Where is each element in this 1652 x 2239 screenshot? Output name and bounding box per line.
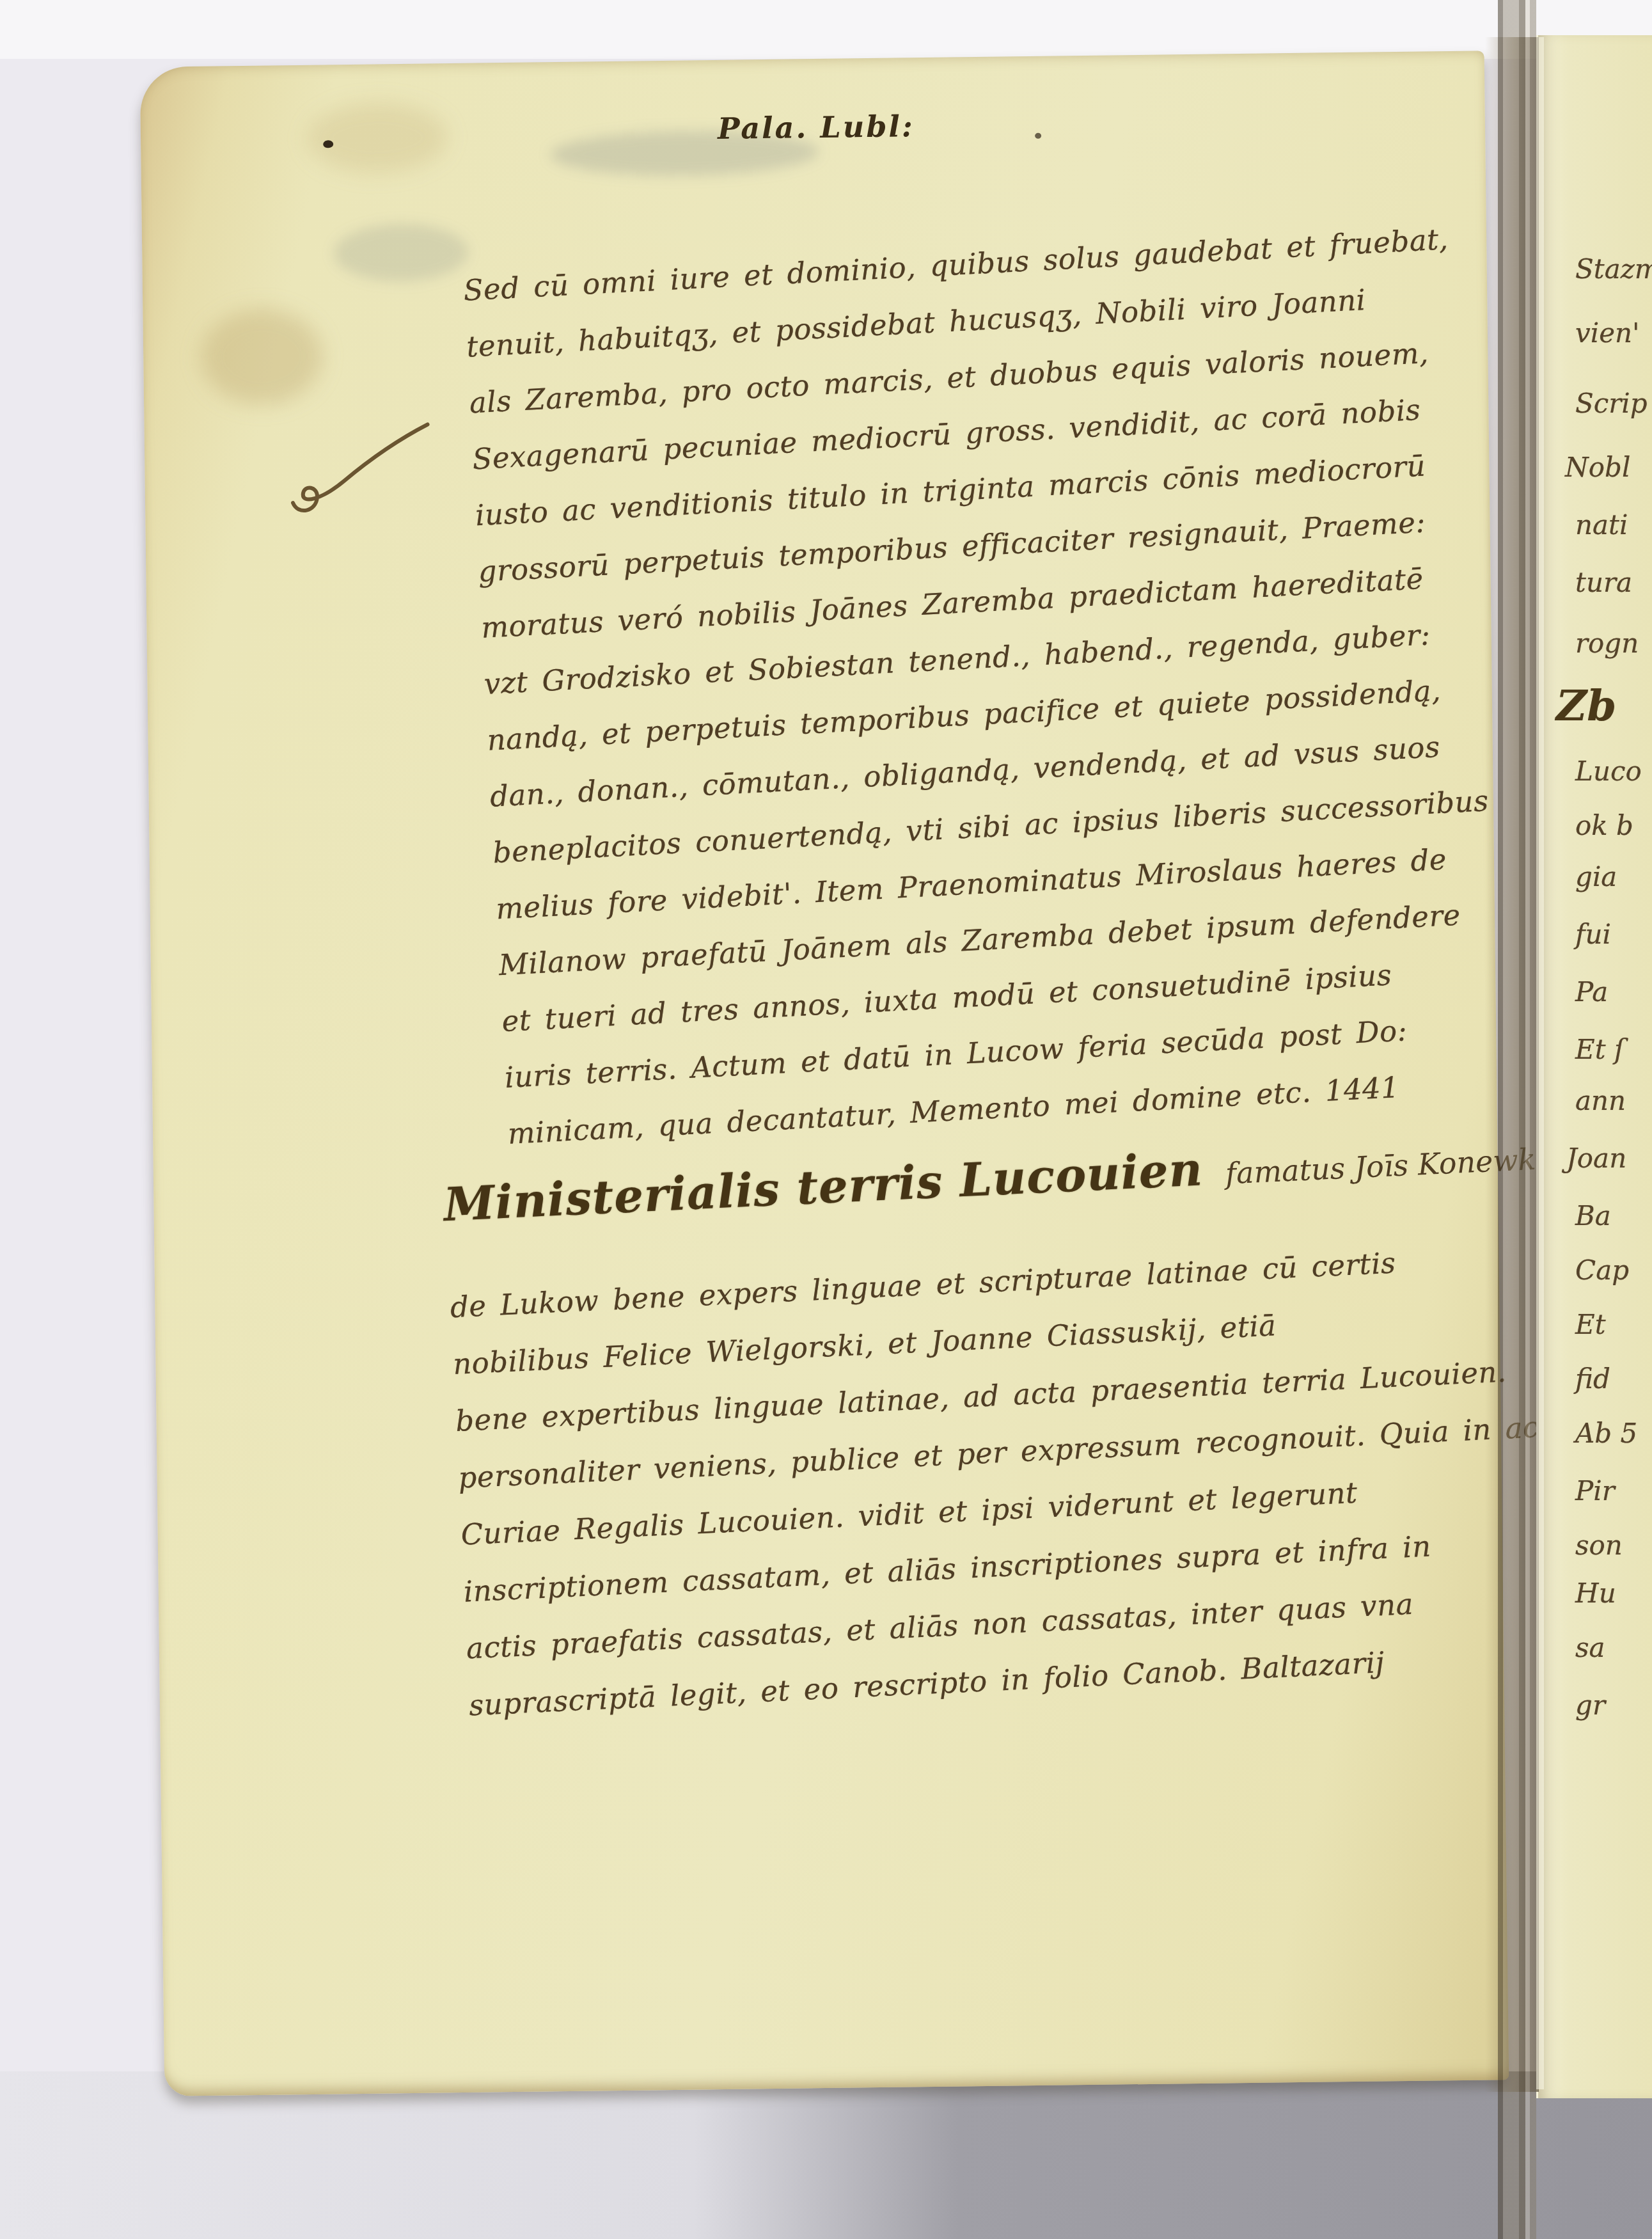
manuscript-scan: Pala. Lubl: Sed cū omni iure et dominio,… — [0, 0, 1652, 2239]
manuscript-right-page: Stazmi vien' Scrip Nobl nati tura rogn Z… — [1536, 35, 1652, 2098]
recto-text-fragment: gia — [1575, 864, 1617, 890]
recto-text-fragment: Pa — [1575, 979, 1608, 1006]
recto-text-fragment: ann — [1575, 1088, 1626, 1114]
recto-text-fragment: Stazmi — [1575, 256, 1652, 283]
recto-text-fragment: Et — [1575, 1311, 1606, 1338]
recto-text-fragment: Nobl — [1565, 454, 1630, 481]
glass-weight-bar — [1498, 0, 1536, 2239]
margin-check-flourish — [288, 419, 433, 520]
recto-text-fragment: gr — [1575, 1692, 1605, 1719]
recto-text-fragment: Et ſ — [1575, 1036, 1624, 1063]
paper-stain — [200, 308, 323, 406]
recto-text-fragment: son — [1575, 1532, 1623, 1559]
scan-background-top — [0, 0, 1652, 59]
recto-text-fragment: Ab 5 — [1575, 1420, 1637, 1447]
recto-text-fragment: nati — [1575, 512, 1628, 539]
ink-fleck — [1035, 133, 1041, 139]
recto-text-fragment: fui — [1575, 921, 1611, 948]
ink-showthrough — [334, 223, 469, 283]
paper-stain — [306, 102, 448, 174]
recto-text-fragment: Pir — [1575, 1478, 1615, 1505]
recto-text-fragment: Ba — [1575, 1203, 1611, 1230]
recto-text-fragment: Hu — [1575, 1580, 1616, 1607]
recto-text-fragment: Scrip — [1575, 390, 1648, 417]
manuscript-left-page: Pala. Lubl: Sed cū omni iure et dominio,… — [140, 51, 1509, 2096]
recto-text-fragment: rogn — [1575, 630, 1639, 657]
recto-text-fragment: ok b — [1575, 812, 1633, 839]
entry-1-text-block: Sed cū omni iure et dominio, quibus solu… — [462, 215, 1422, 1162]
entry-2-text-block: de Lukow bene expers linguae et scriptur… — [449, 1233, 1454, 1734]
running-head: Pala. Lubl: — [718, 109, 915, 146]
recto-text-fragment: fid — [1575, 1366, 1610, 1393]
page-fold-highlight — [1536, 37, 1544, 2089]
recto-text-fragment: Cap — [1575, 1257, 1629, 1284]
recto-text-fragment: tura — [1575, 569, 1632, 596]
recto-text-fragment: sa — [1575, 1634, 1605, 1661]
recto-text-fragment: vien' — [1575, 320, 1640, 347]
recto-text-fragment: Zb — [1556, 684, 1616, 727]
recto-text-fragment: Joan — [1566, 1145, 1626, 1172]
recto-text-fragment: Luco — [1575, 758, 1642, 785]
scan-background-bottom — [0, 2071, 1652, 2239]
